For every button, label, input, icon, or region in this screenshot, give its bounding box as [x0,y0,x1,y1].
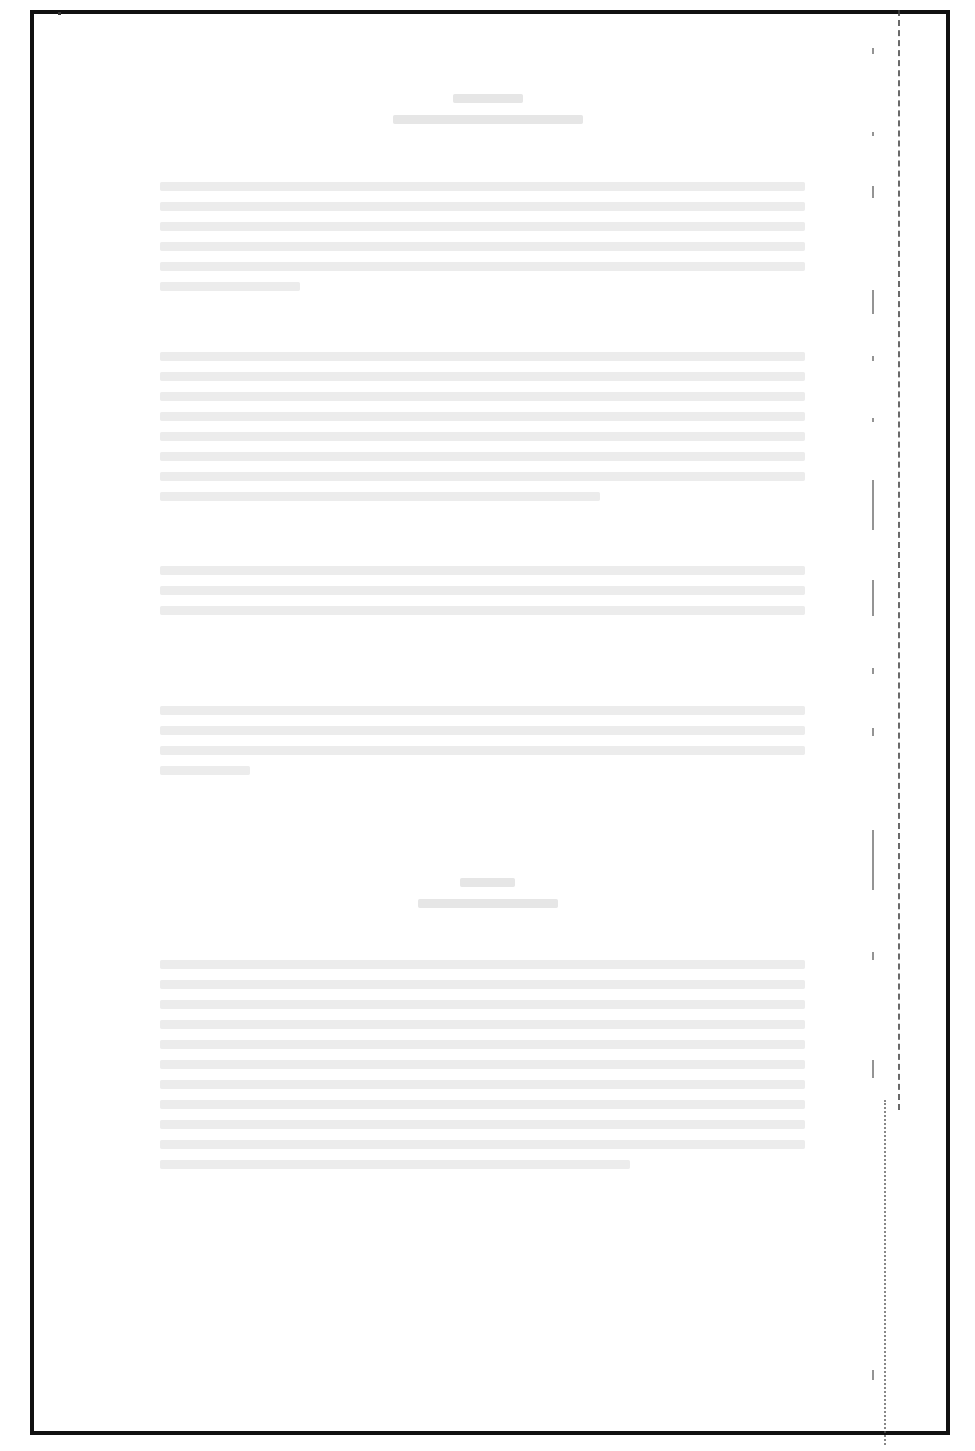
margin-scan-marks [872,0,878,1451]
fold-line-lower [884,1100,886,1445]
paragraph-5: [illegible paragraph] [160,960,805,1180]
paragraph-4: [illegible paragraph] [160,706,805,786]
scan-speck [58,12,61,15]
section-1-heading: [illegible heading] [0,94,975,124]
paragraph-1: [illegible paragraph] [160,182,805,302]
paragraph-2: [illegible paragraph] [160,352,805,512]
section-2-heading: [illegible heading] [0,878,975,908]
fold-line-upper [898,10,900,1110]
paragraph-3: [illegible paragraph] [160,566,805,626]
